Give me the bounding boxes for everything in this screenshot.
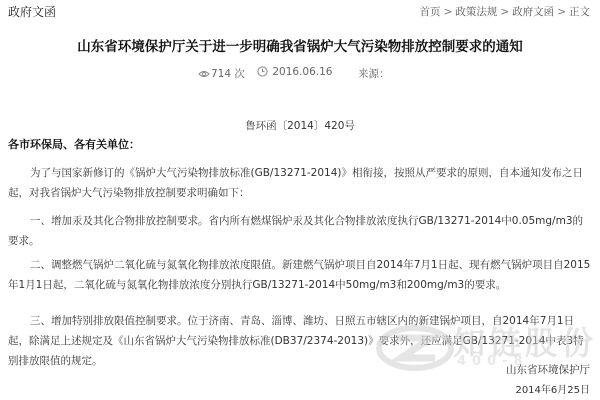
breadcrumb: 首页>政策法规>政府文函>正文 — [420, 4, 590, 19]
breadcrumb-policies[interactable]: 政策法规 — [455, 6, 497, 18]
breadcrumb-current: 正文 — [569, 6, 590, 18]
breadcrumb-gov-letters[interactable]: 政府文函 — [512, 6, 554, 18]
eye-icon — [198, 69, 210, 79]
signed-date: 2014年6月25日 — [515, 381, 590, 396]
paragraph-2: 二、调整燃气锅炉二氧化硫与氮氧化物排放浓度限值。新建燃气锅炉项目自2014年7月… — [8, 255, 592, 295]
publish-date: 2016.06.16 — [257, 66, 332, 78]
breadcrumb-separator: > — [500, 6, 509, 18]
clock-icon — [257, 66, 268, 77]
article-title: 山东省环境保护厅关于进一步明确我省锅炉大气污染物排放控制要求的通知 — [0, 35, 600, 55]
top-bar: 政府文函 首页>政策法规>政府文函>正文 — [0, 0, 600, 22]
addressee: 各市环保局、各有关单位： — [8, 136, 140, 152]
view-count: 714 次 — [198, 66, 245, 81]
section-title: 政府文函 — [8, 3, 56, 20]
breadcrumb-separator: > — [444, 6, 453, 18]
paragraph-3: 三、增加特别排放限值控制要求。位于济南、青岛、淄博、潍坊、日照五市辖区内的新建锅… — [8, 311, 592, 371]
signer: 山东省环境保护厅 — [506, 362, 590, 377]
breadcrumb-home[interactable]: 首页 — [420, 6, 441, 18]
source-label: 来源： — [358, 66, 390, 81]
breadcrumb-separator: > — [557, 6, 566, 18]
paragraph-1: 一、增加汞及其化合物排放控制要求。省内所有燃煤锅炉汞及其化合物排放浓度执行GB/… — [8, 211, 592, 251]
paragraph-intro: 为了与国家新修订的《锅炉大气污染物排放标准(GB/13271-2014)》相衔接… — [8, 163, 592, 203]
document-number: 鲁环函〔2014〕420号 — [0, 118, 600, 133]
